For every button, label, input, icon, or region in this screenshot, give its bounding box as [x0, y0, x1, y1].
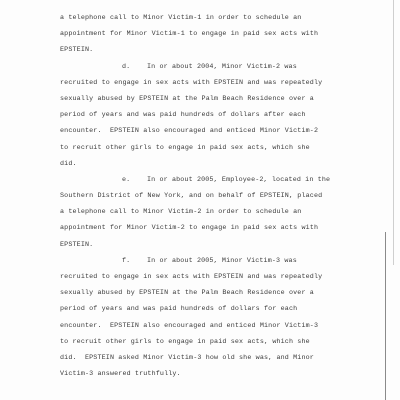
text-line: In or about 2004, Minor Victim-2 was	[147, 63, 297, 71]
text-line: encounter. EPSTEIN also encouraged and e…	[60, 123, 360, 139]
paragraph-label: d.	[122, 63, 130, 71]
paragraph-label: e.	[122, 176, 130, 184]
scan-edge-line	[385, 232, 386, 400]
text-line: EPSTEIN.	[60, 42, 360, 58]
text-line: appointment for Minor Victim-2 to engage…	[60, 220, 360, 236]
text-line: did.	[60, 156, 360, 172]
text-line: to recruit other girls to engage in paid…	[60, 334, 360, 350]
text-line: EPSTEIN.	[60, 237, 360, 253]
text-line: Southern District of New York, and on be…	[60, 188, 360, 204]
text-line: Victim-3 answered truthfully.	[60, 366, 360, 382]
document-body: a telephone call to Minor Victim-1 in or…	[60, 10, 360, 382]
text-line: sexually abused by EPSTEIN at the Palm B…	[60, 285, 360, 301]
scanned-document-page: a telephone call to Minor Victim-1 in or…	[0, 0, 400, 400]
text-line: In or about 2005, Minor Victim-3 was	[147, 257, 297, 265]
text-line: recruited to engage in sex acts with EPS…	[60, 269, 360, 285]
text-line: encounter. EPSTEIN also encouraged and e…	[60, 318, 360, 334]
text-line: did. EPSTEIN asked Minor Victim-3 how ol…	[60, 350, 360, 366]
text-line: sexually abused by EPSTEIN at the Palm B…	[60, 91, 360, 107]
scan-edge-line	[393, 0, 394, 265]
paragraph-label: f.	[122, 257, 130, 265]
text-line: a telephone call to Minor Victim-2 in or…	[60, 204, 360, 220]
text-line: period of years and was paid hundreds of…	[60, 107, 360, 123]
text-line: appointment for Minor Victim-1 to engage…	[60, 26, 360, 42]
text-line: period of years and was paid hundreds of…	[60, 301, 360, 317]
paragraph-heading-e: e. In or about 2005, Employee-2, located…	[60, 172, 360, 188]
text-line: In or about 2005, Employee-2, located in…	[147, 176, 330, 184]
text-line: a telephone call to Minor Victim-1 in or…	[60, 10, 360, 26]
text-line: to recruit other girls to engage in paid…	[60, 140, 360, 156]
paragraph-heading-f: f. In or about 2005, Minor Victim-3 was	[60, 253, 360, 269]
text-line: recruited to engage in sex acts with EPS…	[60, 75, 360, 91]
paragraph-heading-d: d. In or about 2004, Minor Victim-2 was	[60, 59, 360, 75]
